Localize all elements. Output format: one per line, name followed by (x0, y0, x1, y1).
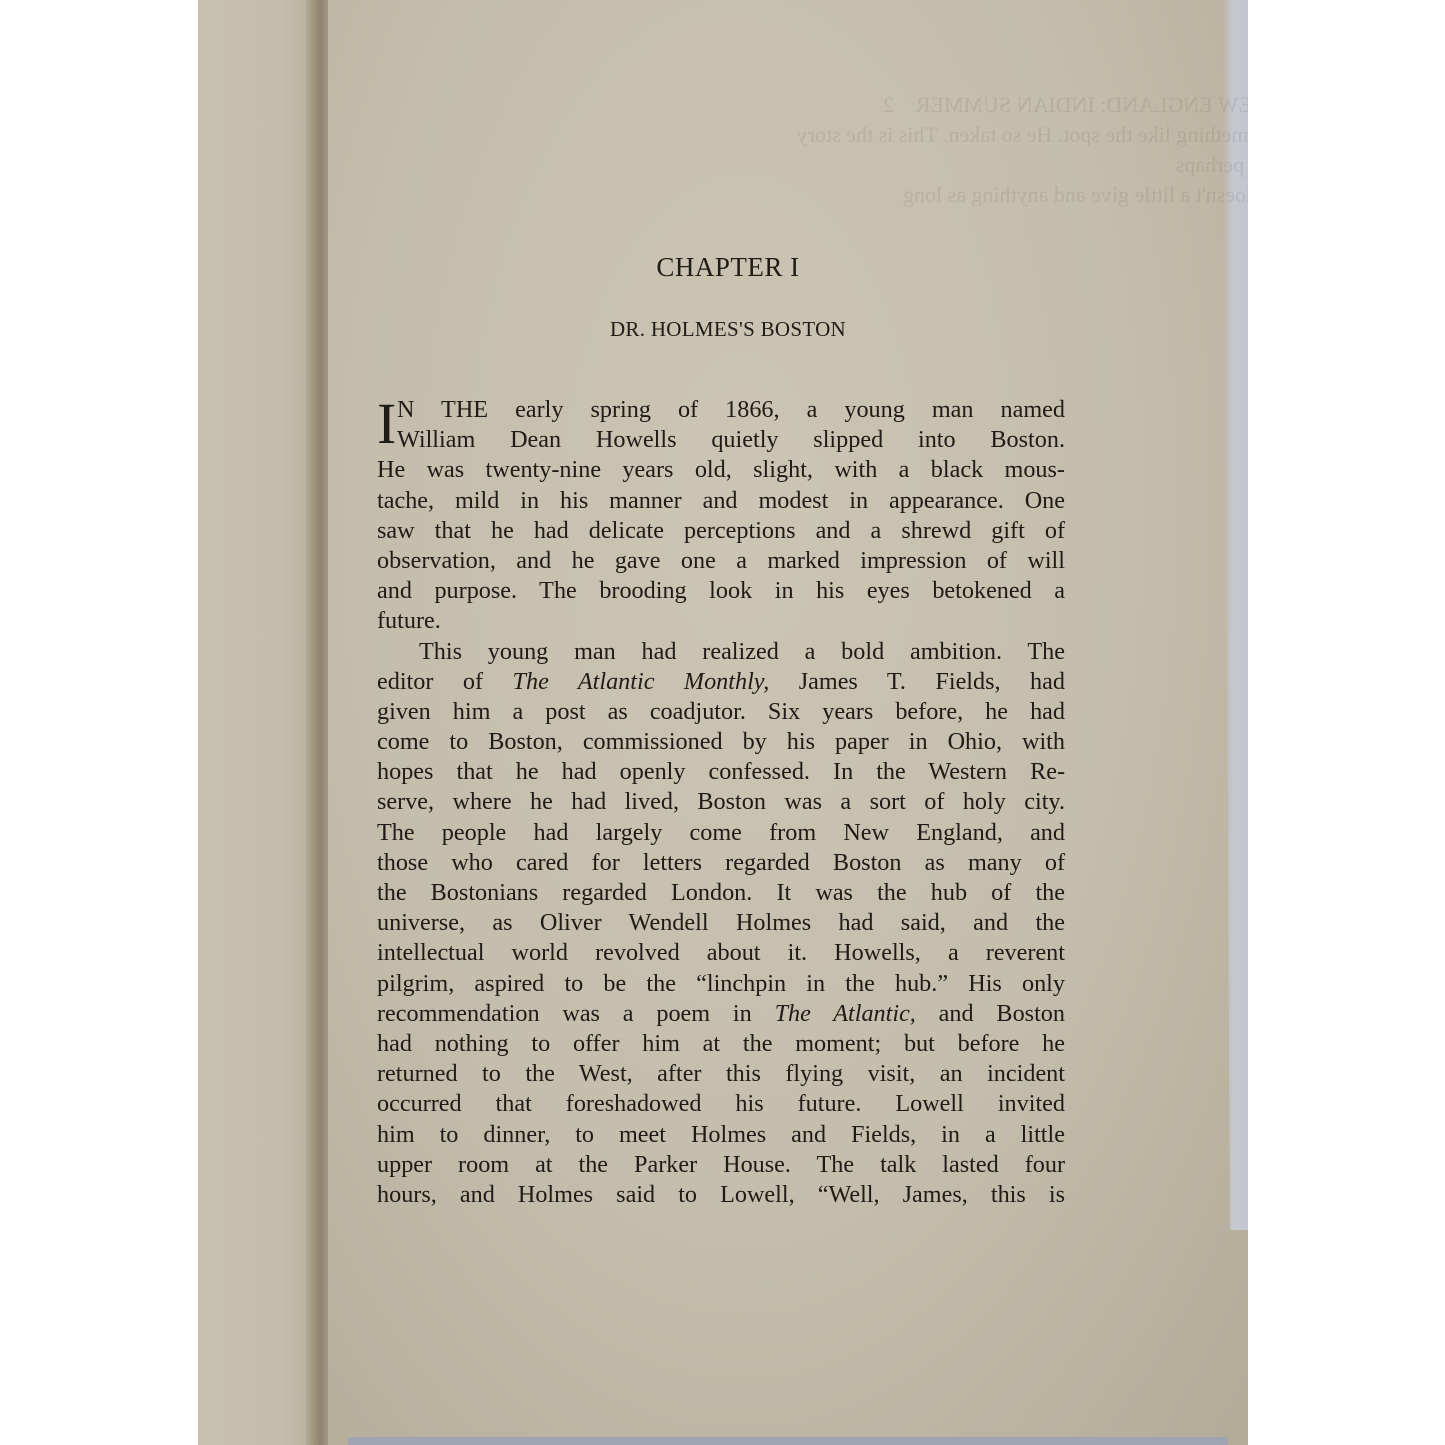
paragraph-1: I N THE early spring of 1866, a young ma… (377, 395, 1065, 637)
text-line: William Dean Howells quietly slipped int… (377, 425, 1065, 455)
text-line: returned to the West, after this flying … (377, 1059, 1065, 1089)
text-line: future. (377, 606, 1065, 636)
text-line: serve, where he had lived, Boston was a … (377, 787, 1065, 817)
text-line: saw that he had delicate perceptions and… (377, 516, 1065, 546)
text-line: tache, mild in his manner and modest in … (377, 486, 1065, 516)
text-line: N THE early spring of 1866, a young man … (377, 395, 1065, 425)
text-line: intellectual world revolved about it. Ho… (377, 938, 1065, 968)
text-line: This young man had realized a bold ambit… (377, 637, 1065, 667)
text-line: hopes that he had openly confessed. In t… (377, 757, 1065, 787)
chapter-subtitle: DR. HOLMES'S BOSTON (377, 314, 1065, 344)
text-line: pilgrim, aspired to be the “linchpin in … (377, 969, 1065, 999)
text-line: had nothing to offer him at the moment; … (377, 1029, 1065, 1059)
text-line: observation, and he gave one a marked im… (377, 546, 1065, 576)
text-line: recommendation was a poem in The Atlanti… (377, 999, 1065, 1029)
text-line: those who cared for letters regarded Bos… (377, 848, 1065, 878)
text-line: and purpose. The brooding look in his ey… (377, 576, 1065, 606)
italic-title: The Atlantic, (775, 1000, 916, 1027)
text-line: the Bostonians regarded London. It was t… (377, 878, 1065, 908)
left-page (198, 0, 313, 1445)
text-line: universe, as Oliver Wendell Holmes had s… (377, 908, 1065, 938)
text-line: hours, and Holmes said to Lowell, “Well,… (377, 1180, 1065, 1210)
chapter-title: CHAPTER I (377, 250, 1065, 284)
text-line: He was twenty-nine years old, slight, wi… (377, 455, 1065, 485)
text-line: come to Boston, commissioned by his pape… (377, 727, 1065, 757)
text-line: him to dinner, to meet Holmes and Fields… (377, 1120, 1065, 1150)
paragraph-2: This young man had realized a bold ambit… (377, 637, 1065, 1211)
text-line: occurred that foreshadowed his future. L… (377, 1089, 1065, 1119)
body-text: I N THE early spring of 1866, a young ma… (377, 395, 1065, 1210)
text-line: editor of The Atlantic Monthly, James T.… (377, 667, 1065, 697)
page-bottom-edge (348, 1437, 1228, 1445)
text-line: given him a post as coadjutor. Six years… (377, 697, 1065, 727)
text-line: upper room at the Parker House. The talk… (377, 1150, 1065, 1180)
page-text: CHAPTER I DR. HOLMES'S BOSTON I N THE ea… (377, 250, 1065, 1210)
drop-cap: I (377, 395, 396, 453)
italic-title: The Atlantic Monthly, (513, 668, 770, 695)
text-line: The people had largely come from New Eng… (377, 818, 1065, 848)
